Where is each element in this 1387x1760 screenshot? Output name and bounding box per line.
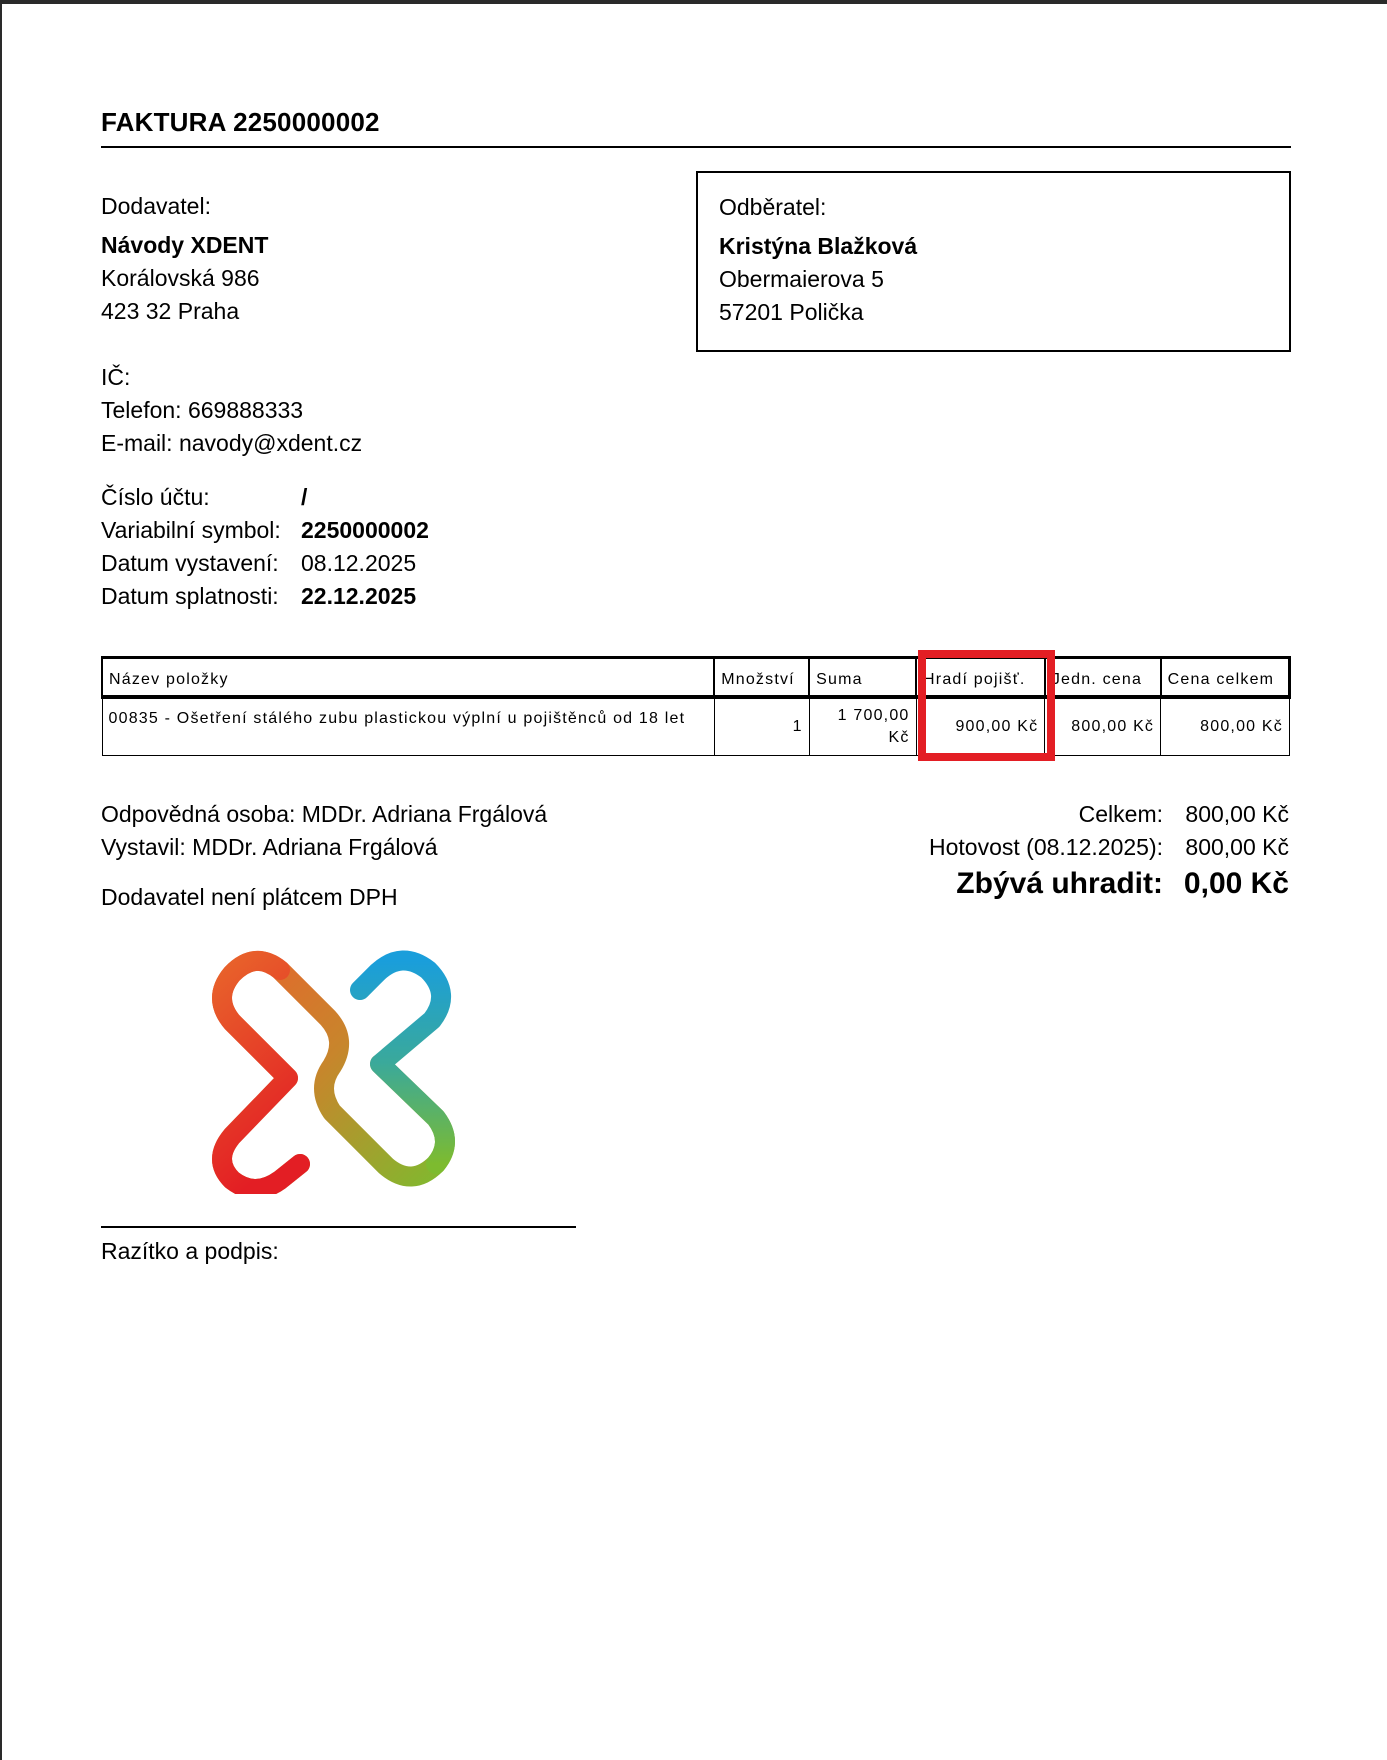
due-date-label: Datum splatnosti:: [101, 580, 301, 613]
cell-item-name: 00835 - Ošetření stálého zubu plastickou…: [102, 697, 714, 756]
responsible-person: Odpovědná osoba: MDDr. Adriana Frgálová: [101, 798, 547, 831]
customer-block: Odběratel: Kristýna Blažková Obermaierov…: [696, 171, 1291, 352]
signature-line: [101, 1226, 576, 1228]
title-divider: [101, 146, 1291, 148]
due-date-value: 22.12.2025: [301, 580, 416, 613]
responsible-persons: Odpovědná osoba: MDDr. Adriana Frgálová …: [101, 798, 547, 864]
customer-name: Kristýna Blažková: [719, 230, 1289, 263]
remaining-label: Zbývá uhradit:: [956, 864, 1163, 904]
xdent-logo-icon: [210, 936, 466, 1194]
supplier-city: 423 32 Praha: [101, 295, 268, 328]
cash-value: 800,00 Kč: [1163, 831, 1289, 864]
total-row: Celkem: 800,00 Kč: [929, 798, 1289, 831]
cell-quantity: 1: [714, 697, 809, 756]
signature-label: Razítko a podpis:: [101, 1238, 279, 1265]
variable-symbol-value: 2250000002: [301, 514, 429, 547]
remaining-row: Zbývá uhradit: 0,00 Kč: [929, 864, 1289, 904]
cell-insurance-pays: 900,00 Kč: [916, 697, 1045, 756]
cell-sum: 1 700,00 Kč: [809, 697, 916, 756]
invoice-page: FAKTURA 2250000002 Dodavatel: Návody XDE…: [0, 0, 1387, 1760]
customer-street: Obermaierova 5: [719, 263, 1289, 296]
total-label: Celkem:: [1079, 798, 1163, 831]
header-insurance-pays: Hradí pojišť.: [916, 658, 1045, 697]
header-total-price: Cena celkem: [1161, 658, 1290, 697]
invoice-title: FAKTURA 2250000002: [101, 107, 380, 138]
totals-block: Celkem: 800,00 Kč Hotovost (08.12.2025):…: [929, 798, 1289, 904]
supplier-email: E-mail: navody@xdent.cz: [101, 427, 362, 460]
payment-row-issue-date: Datum vystavení: 08.12.2025: [101, 547, 429, 580]
payment-row-due-date: Datum splatnosti: 22.12.2025: [101, 580, 429, 613]
header-sum: Suma: [809, 658, 916, 697]
supplier-name: Návody XDENT: [101, 229, 268, 262]
supplier-block: Dodavatel: Návody XDENT Korálovská 986 4…: [101, 190, 268, 328]
supplier-ic: IČ:: [101, 361, 362, 394]
customer-caption: Odběratel:: [719, 191, 1289, 224]
variable-symbol-label: Variabilní symbol:: [101, 514, 301, 547]
issue-date-value: 08.12.2025: [301, 547, 416, 580]
account-value: /: [301, 481, 307, 514]
vat-note: Dodavatel není plátcem DPH: [101, 884, 398, 911]
items-table: Název položky Množství Suma Hradí pojišť…: [101, 656, 1291, 756]
supplier-caption: Dodavatel:: [101, 190, 268, 223]
table-row: 00835 - Ošetření stálého zubu plastickou…: [102, 697, 1290, 756]
table-header-row: Název položky Množství Suma Hradí pojišť…: [102, 658, 1290, 697]
issue-date-label: Datum vystavení:: [101, 547, 301, 580]
cell-unit-price: 800,00 Kč: [1045, 697, 1161, 756]
account-label: Číslo účtu:: [101, 481, 301, 514]
payment-info: Číslo účtu: / Variabilní symbol: 2250000…: [101, 481, 429, 613]
remaining-value: 0,00 Kč: [1163, 864, 1289, 904]
payment-row-account: Číslo účtu: /: [101, 481, 429, 514]
issued-by: Vystavil: MDDr. Adriana Frgálová: [101, 831, 547, 864]
payment-row-variable-symbol: Variabilní symbol: 2250000002: [101, 514, 429, 547]
customer-city: 57201 Polička: [719, 296, 1289, 329]
cell-total-price: 800,00 Kč: [1161, 697, 1290, 756]
total-value: 800,00 Kč: [1163, 798, 1289, 831]
supplier-phone: Telefon: 669888333: [101, 394, 362, 427]
header-item-name: Název položky: [102, 658, 714, 697]
header-quantity: Množství: [714, 658, 809, 697]
cash-row: Hotovost (08.12.2025): 800,00 Kč: [929, 831, 1289, 864]
header-unit-price: Jedn. cena: [1045, 658, 1161, 697]
cash-label: Hotovost (08.12.2025):: [929, 831, 1163, 864]
supplier-contacts: IČ: Telefon: 669888333 E-mail: navody@xd…: [101, 361, 362, 460]
supplier-street: Korálovská 986: [101, 262, 268, 295]
